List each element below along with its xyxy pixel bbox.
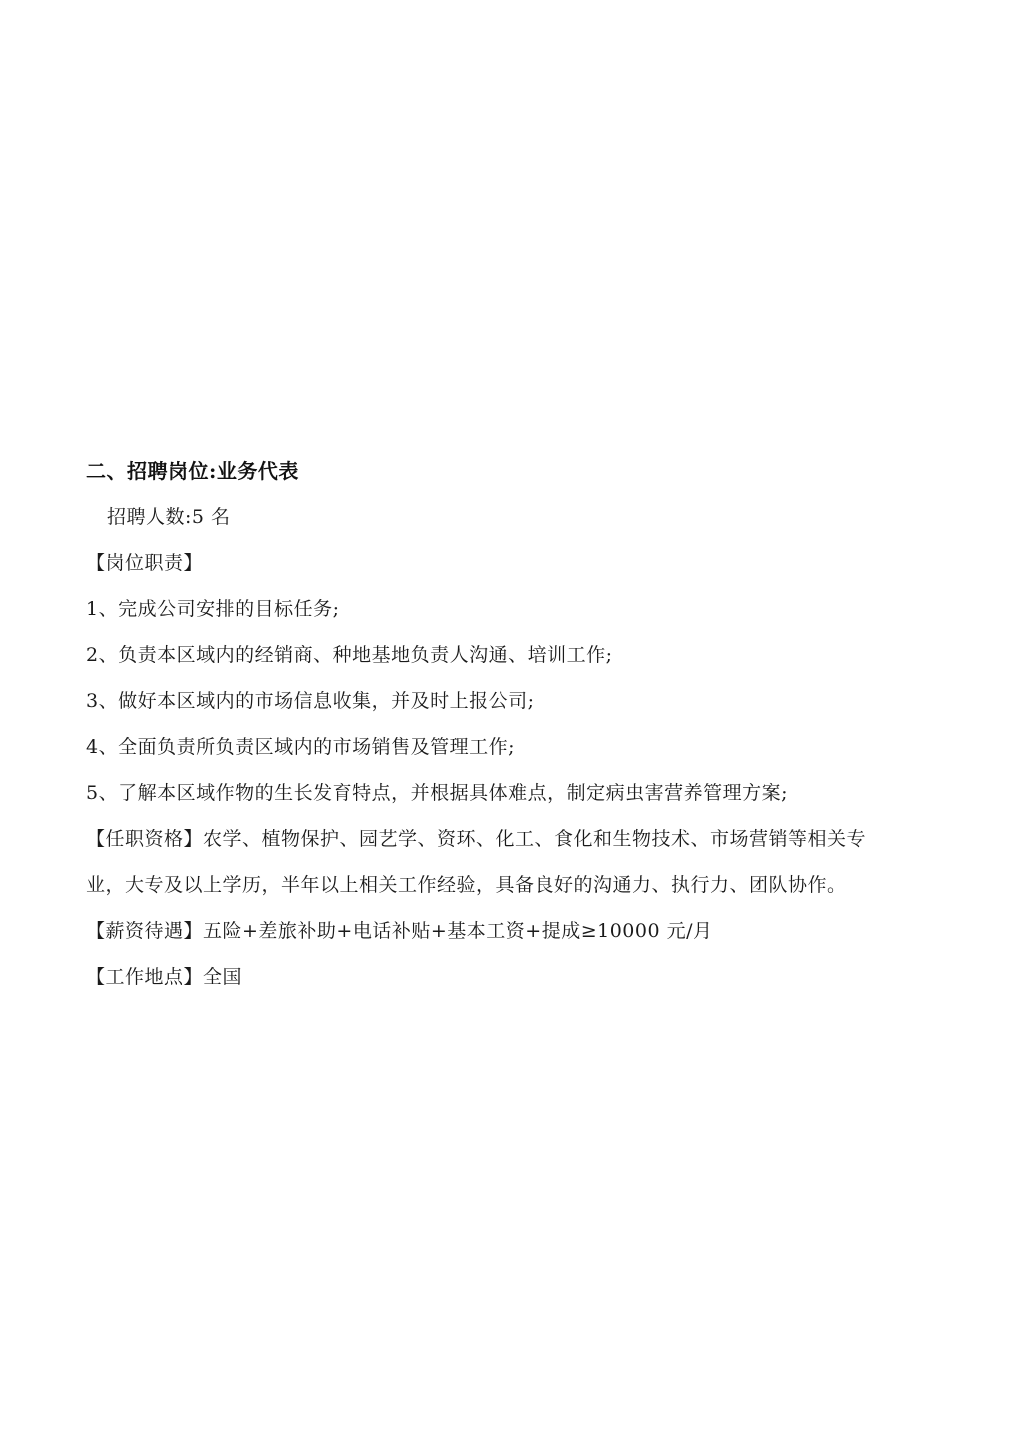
qualifications-paragraph-line2: 业，大专及以上学历，半年以上相关工作经验，具备良好的沟通力、执行力、团队协作。 (86, 862, 926, 908)
qualifications-label: 【任职资格】 (86, 828, 203, 850)
section-title: 二、招聘岗位:业务代表 (86, 448, 926, 494)
qualifications-text-2: 业，大专及以上学历，半年以上相关工作经验，具备良好的沟通力、执行力、团队协作。 (86, 874, 847, 896)
salary-label: 【薪资待遇】 (86, 920, 203, 942)
duty-item: 3、做好本区域内的市场信息收集，并及时上报公司; (86, 678, 926, 724)
duty-item: 1、完成公司安排的目标任务; (86, 586, 926, 632)
qualifications-paragraph-line1: 【任职资格】农学、植物保护、园艺学、资环、化工、食化和生物技术、市场营销等相关专 (86, 816, 926, 862)
location-text: 全国 (203, 966, 242, 988)
document-page: 二、招聘岗位:业务代表 招聘人数:5 名 【岗位职责】 1、完成公司安排的目标任… (0, 0, 1024, 1447)
duties-label: 【岗位职责】 (86, 540, 926, 586)
job-posting-section: 二、招聘岗位:业务代表 招聘人数:5 名 【岗位职责】 1、完成公司安排的目标任… (86, 448, 926, 1000)
duties-list: 1、完成公司安排的目标任务; 2、负责本区域内的经销商、种地基地负责人沟通、培训… (86, 586, 926, 816)
salary-line: 【薪资待遇】五险+差旅补助+电话补贴+基本工资+提成≥10000 元/月 (86, 908, 926, 954)
location-line: 【工作地点】全国 (86, 954, 926, 1000)
duty-item: 4、全面负责所负责区域内的市场销售及管理工作; (86, 724, 926, 770)
headcount: 招聘人数:5 名 (86, 494, 926, 540)
location-label: 【工作地点】 (86, 966, 203, 988)
qualifications-text-1: 农学、植物保护、园艺学、资环、化工、食化和生物技术、市场营销等相关专 (203, 828, 866, 850)
salary-text: 五险+差旅补助+电话补贴+基本工资+提成≥10000 元/月 (203, 920, 712, 942)
duty-item: 2、负责本区域内的经销商、种地基地负责人沟通、培训工作; (86, 632, 926, 678)
duty-item: 5、了解本区域作物的生长发育特点，并根据具体难点，制定病虫害营养管理方案; (86, 770, 926, 816)
